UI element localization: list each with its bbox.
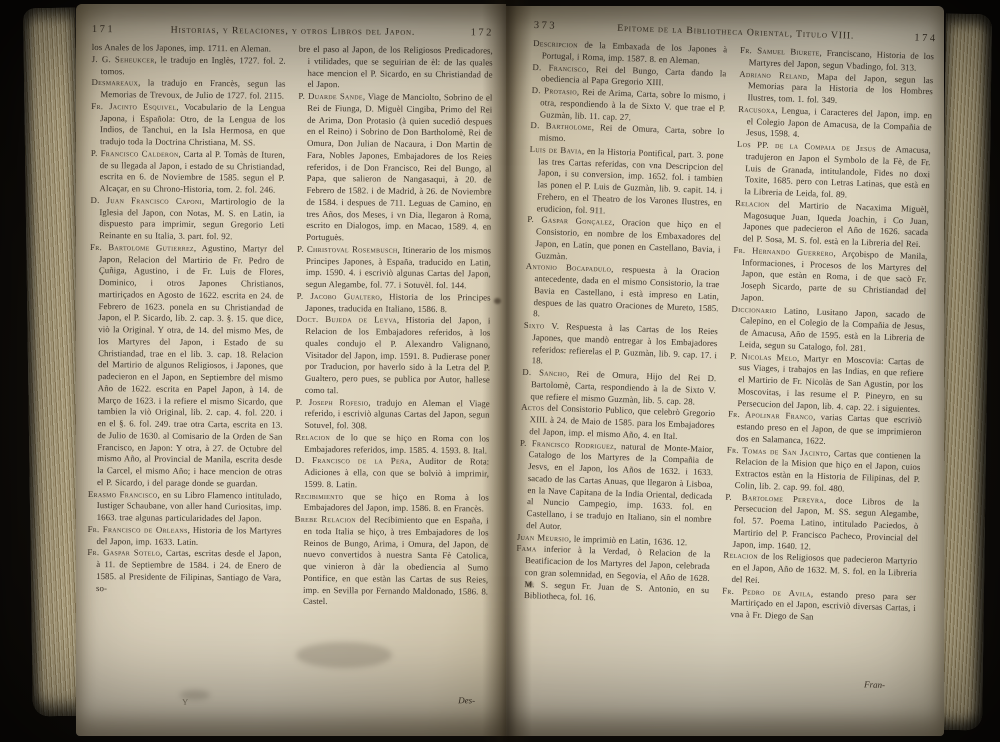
entry-author: Relacion — [295, 432, 330, 442]
entry-text: de los Religiosos que padecieron Martyri… — [731, 551, 917, 585]
entry-author: Fr. Pedro de Avila — [722, 585, 811, 598]
bibliography-entry: Relacion del Martirio de Nacaxima Miguèl… — [734, 198, 929, 251]
bibliography-entry: bre el paso al Japon, de los Religiosos … — [298, 44, 492, 93]
bibliography-entry: P. Christoval Rosembusch, Itinerario de … — [297, 244, 491, 293]
bibliography-entry: D. Juan Francisco Caponi, Martirologio d… — [90, 195, 284, 244]
column-number-373: 373 — [534, 20, 558, 32]
bibliography-entry: Luis de Bavia, en la Historia Pontifical… — [528, 144, 724, 221]
bibliography-entry: Doct. Bujeda de Leyva, Historia del Japo… — [296, 314, 491, 398]
entry-author: Erasmo Francisco — [88, 488, 158, 499]
bibliography-entry: Desmareaux, la tradujo en Francès, segun… — [91, 77, 285, 102]
bibliography-entry: P. Bartolome Pereyra, doce Libros de la … — [724, 491, 920, 556]
entry-author: P. Duarde Sande — [298, 91, 363, 102]
entry-author: Racusoxa — [738, 104, 776, 115]
bibliography-entry: Los PP. de la Compaia de Jesus de Amacus… — [735, 139, 931, 204]
bibliography-entry: Fr. Francisco de Orleans, Historia de lo… — [87, 524, 281, 549]
bibliography-entry: P. Joseph Rofesio, tradujo en Aleman el … — [295, 396, 489, 433]
entry-text: inferior à la Verdad, ò Relacion de la B… — [524, 544, 711, 603]
entry-author: Fr. Apolinar Franco — [728, 409, 813, 422]
entry-author: Descripcion — [533, 38, 578, 49]
bibliography-entry: Fr. Pedro de Avila, estando preso para s… — [721, 585, 916, 627]
entry-author: Brebe Relacion — [295, 514, 356, 525]
bibliography-entry: P. Nicolas Melo, Martyr en Moscovia: Car… — [728, 350, 924, 415]
bibliography-entry: P. Francisco Calderon, Carta al P. Tomàs… — [91, 148, 285, 197]
entry-author: Luis de Bavia — [530, 144, 583, 156]
entry-author: P. Gaspar Gonçalez — [527, 214, 612, 227]
bibliography-entry: Fr. Jacinto Esquivel, Vocabulario de la … — [91, 101, 285, 150]
entry-author: Desmareaux — [91, 77, 138, 87]
entry-author: D. Juan Francisco Caponi — [90, 195, 201, 206]
entry-author: J. G. Seheukcer — [92, 54, 155, 65]
entry-author: D. Sancho — [522, 367, 567, 378]
entry-text: , Lengua, i Caracteres del Japon, imp. e… — [746, 105, 932, 139]
bibliography-entry: Antonio Bocapadulo, respuesta à la Oraci… — [524, 261, 720, 326]
book-photograph: 171 Historias, y Relaciones, y otros Lib… — [0, 0, 1000, 742]
entry-author: Fr. Bartolome Gutierrez — [90, 242, 194, 253]
entry-text: , Agustino, Martyr del Japon, Relacion d… — [97, 243, 284, 489]
entry-author: P. Nicolas Melo — [730, 350, 797, 362]
left-page-columns: los Anales de los Japones, imp. 1711. en… — [86, 42, 494, 697]
entry-author: Sixto V. — [524, 320, 560, 331]
left-column-2: bre el paso al Japon, de los Religiosos … — [293, 44, 493, 698]
bibliography-entry: Fr. Tomas de San Jacinto, Cartas que con… — [725, 444, 920, 497]
entry-author: Actos — [521, 402, 544, 413]
left-page-header: 171 Historias, y Relaciones, y otros Lib… — [92, 24, 494, 39]
entry-text: del Martirio de Nacaxima Miguèl, Magosuq… — [743, 199, 929, 249]
entry-author: D. Francisco de la Peña — [295, 455, 409, 466]
entry-text: , en la Historia Pontifical, part. 3. po… — [537, 145, 724, 215]
entry-author: Diccionario — [731, 303, 776, 314]
right-column-2: Fr. Samuel Biurete, Franciscano, Histori… — [719, 45, 935, 703]
bibliography-entry: Sixto V. Respuesta à las Cartas de los R… — [522, 320, 717, 373]
entry-author: Doct. Bujeda de Leyva — [296, 314, 397, 325]
right-page-catchword: Fran- — [864, 679, 885, 690]
bibliography-entry: Brebe Relacion del Recibimiento que en E… — [294, 514, 489, 610]
entry-author: P. Jacobo Gualtero — [297, 291, 381, 302]
right-column-1: Descripcion de la Embaxada de los Japone… — [512, 38, 728, 696]
entry-author: P. Francisco Rodriguez — [520, 437, 614, 450]
entry-text: , Viage de Manciolto, Sobrino de el Rei … — [306, 91, 492, 242]
entry-author: D. Bartholome — [530, 120, 592, 132]
left-page-catchword: Des- — [458, 695, 475, 705]
entry-author: Relacion — [735, 198, 770, 209]
entry-text: del Consistorio Publico, que celebrò Gre… — [529, 403, 715, 441]
entry-author: Fr. Gaspar Sotelo — [87, 547, 160, 558]
gathering-signature: Y — [182, 697, 188, 707]
entry-text: del Recibimiento que en España, i en tod… — [303, 514, 489, 606]
entry-author: P. Christoval Rosembusch — [297, 244, 398, 255]
entry-text: , doce Libros de la Persecucion del Japo… — [733, 494, 920, 551]
column-number-172: 172 — [471, 27, 494, 38]
entry-author: Fr. Jacinto Esquivel — [91, 101, 176, 112]
bibliography-entry: P. Gaspar Gonçalez, Oracion que hiço en … — [526, 214, 721, 267]
entry-text: bre el paso al Japon, de los Religiosos … — [299, 44, 493, 90]
left-column-1: los Anales de los Japones, imp. 1711. en… — [86, 42, 286, 696]
entry-author: P. Francisco Calderon — [91, 148, 179, 159]
entry-author: Juan Meursio — [517, 531, 569, 543]
entry-text: Respuesta à las Cartas de los Reies Japo… — [532, 321, 718, 366]
bibliography-entry: P. Duarde Sande, Viage de Manciolto, Sob… — [297, 91, 492, 245]
entry-text: de lo que se hiço en Roma con los Embaja… — [304, 432, 489, 455]
bibliography-entry: Erasmo Francisco, en su Libro Flamenco i… — [88, 488, 282, 525]
column-number-174: 174 — [914, 33, 938, 45]
bibliography-entry: Fama inferior à la Verdad, ò Relacion de… — [515, 543, 711, 608]
right-page-columns: Descripcion de la Embaxada de los Japone… — [512, 38, 937, 703]
right-leaf-edges — [936, 14, 992, 731]
entry-author: Fr. Francisco de Orleans — [88, 524, 188, 535]
entry-author: D. Protasio — [532, 85, 578, 96]
left-running-title: Historias, y Relaciones, y otros Libros … — [115, 24, 471, 38]
bibliography-entry: D. Francisco de la Peña, Auditor de Rota… — [295, 455, 489, 492]
entry-author: Fama — [516, 543, 536, 554]
entry-text: los Anales de los Japones, imp. 1711. en… — [92, 42, 271, 54]
bibliography-entry: Diccionario Latino, Lusitano Japon, saca… — [730, 303, 925, 356]
entry-author: D. Francisco — [532, 61, 586, 73]
entry-author: Fr. Samuel Biurete — [740, 45, 820, 58]
entry-text: , Historia del Japon, i Relacion de los … — [305, 315, 491, 395]
bibliography-entry: Relacion de lo que se hiço en Roma con l… — [295, 432, 489, 457]
entry-text: , natural de Monte-Maior, Catalogo de lo… — [526, 440, 714, 531]
bibliography-entry: P. Francisco Rodriguez, natural de Monte… — [517, 437, 714, 537]
entry-author: P. Joseph Rofesio — [296, 396, 369, 407]
bibliography-entry: Fr. Bartolome Gutierrez, Agustino, Marty… — [88, 242, 284, 490]
bibliography-entry: Recibimiento que se hiço en Roma à los E… — [295, 490, 489, 515]
bibliography-entry: J. G. Seheukcer, le tradujo en Inglès, 1… — [92, 54, 286, 79]
entry-author: Relacion — [723, 550, 758, 561]
bibliography-entry: Fr. Hernando Guerrero, Arçobispo de Mani… — [732, 244, 928, 309]
left-page-content: 171 Historias, y Relaciones, y otros Lib… — [86, 24, 494, 697]
column-number-171: 171 — [92, 24, 115, 35]
entry-author: Antonio Bocapadulo — [526, 261, 612, 274]
bibliography-entry: Fr. Gaspar Sotelo, Cartas, escritas desd… — [87, 547, 281, 596]
entry-author: Recibimiento — [295, 490, 343, 500]
entry-text: , Arçobispo de Manila, Informaciones, i … — [741, 248, 928, 303]
right-page-content: 373 Epitome de la Bibliotheca Oriental, … — [512, 20, 938, 703]
entry-author: Adriano Reland — [739, 68, 807, 80]
bibliography-entry: P. Jacobo Gualtero, Historia de los Prin… — [296, 291, 490, 316]
